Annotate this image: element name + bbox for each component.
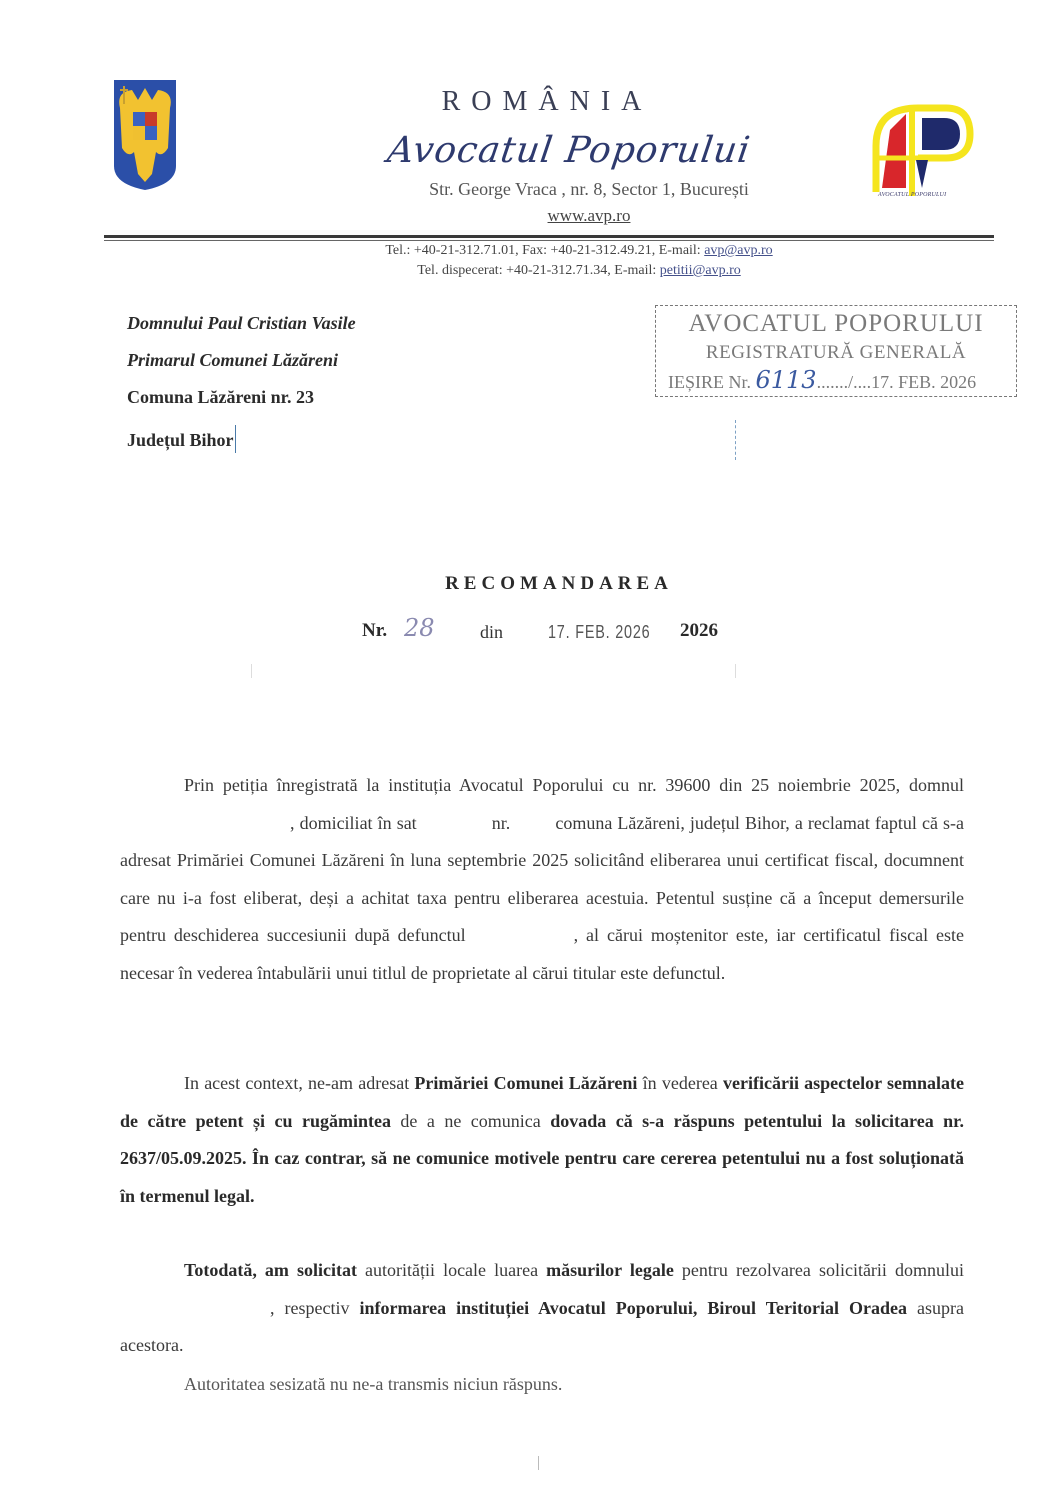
recipient-name: Domnului Paul Cristian Vasile [127,313,356,334]
date-label: din [480,622,503,643]
stamp-separator: ......./.... [817,372,872,392]
logo-caption: AVOCATUL POPORULUI [878,192,946,198]
stamp-exit-line: IEȘIRE Nr. 6113......./....17. FEB. 2026 [668,366,976,394]
recipient-title: Primarul Comunei Lăzăreni [127,350,338,371]
stamp-label: IEȘIRE Nr. [668,372,756,392]
text-cursor [235,425,236,453]
paragraph-petition: Prin petiția înregistrată la instituția … [120,767,964,992]
document-year: 2026 [680,620,718,642]
contact-line-2: Tel. dispecerat: +40-21-312.71.34, E-mai… [0,263,1058,279]
letterhead-website: www.avp.ro [0,206,1058,226]
paragraph-request: Totodată, am solicitat autorității local… [120,1252,964,1365]
email-link-avp[interactable]: avp@avp.ro [704,243,772,258]
number-label: Nr. [362,620,387,642]
stamped-date: 17. FEB. 2026 [548,622,650,643]
margin-mark [735,420,737,460]
recipient-address: Comuna Lăzăreni nr. 23 [127,387,314,408]
website-link[interactable]: www.avp.ro [548,206,631,225]
recipient-county: Județul Bihor [127,425,236,453]
paragraph-context: In acest context, ne-am adresat Primărie… [120,1065,964,1215]
paragraph-no-response: Autoritatea sesizată nu ne-a transmis ni… [120,1366,964,1404]
stamp-date: 17. FEB. 2026 [871,372,976,392]
registry-stamp: AVOCATUL POPORULUI REGISTRATURĂ GENERALĂ… [655,305,1017,397]
contact-phone-fax: Tel.: +40-21-312.71.01, Fax: +40-21-312.… [385,243,704,258]
contact-dispatcher: Tel. dispecerat: +40-21-312.71.34, E-mai… [417,263,660,278]
scan-artifact [251,664,252,678]
letterhead-divider [104,235,994,238]
stamp-subtitle: REGISTRATURĂ GENERALĂ [656,342,1016,364]
avocatul-poporului-logo-icon [862,100,978,206]
recipient-county-text: Județul Bihor [127,430,234,450]
document-title: RECOMANDAREA [0,573,1058,595]
handwritten-document-number: 28 [404,614,435,642]
contact-line-1: Tel.: +40-21-312.71.01, Fax: +40-21-312.… [0,243,1058,259]
stamp-handwritten-number: 6113 [756,366,817,394]
letterhead-divider-thin [104,240,994,241]
scan-artifact [735,664,736,678]
stamp-title: AVOCATUL POPORULUI [656,310,1016,338]
page-mark [538,1456,539,1470]
email-link-petitii[interactable]: petitii@avp.ro [660,263,741,278]
